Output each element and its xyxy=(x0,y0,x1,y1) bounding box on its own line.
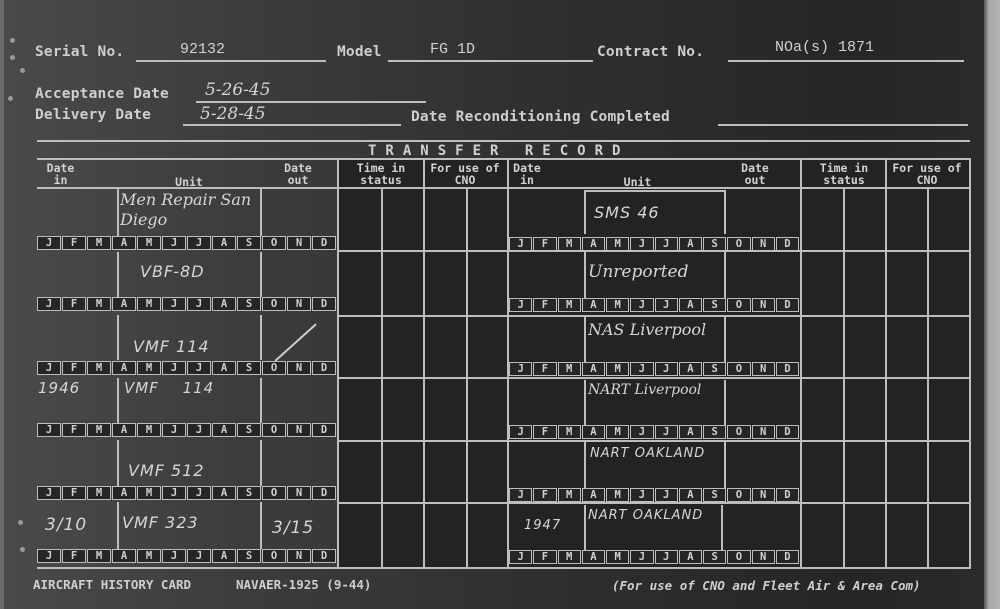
month-cell: N xyxy=(287,486,311,500)
month-cell: A xyxy=(112,361,136,375)
month-cell: F xyxy=(62,423,86,437)
month-cell: N xyxy=(287,549,311,563)
left-unit-4: VMF 114 xyxy=(124,379,214,397)
month-strip: JFMAMJJASOND xyxy=(509,488,800,502)
month-cell: A xyxy=(582,425,605,439)
cell-divider xyxy=(260,187,262,236)
reconditioning-rule xyxy=(718,124,968,126)
month-cell: S xyxy=(237,361,261,375)
month-cell: M xyxy=(606,237,629,251)
left-date-in-4: 1946 xyxy=(38,379,80,397)
month-cell: M xyxy=(137,486,161,500)
col-divider xyxy=(969,158,971,568)
header-date-in-left: Date in xyxy=(38,162,83,186)
punch-hole xyxy=(10,55,15,60)
month-cell: M xyxy=(606,425,629,439)
row-rule xyxy=(337,440,971,442)
cell-divider xyxy=(117,187,119,236)
month-cell: M xyxy=(606,362,629,376)
month-cell: A xyxy=(212,423,236,437)
acceptance-value: 5-26-45 xyxy=(205,80,271,100)
month-cell: F xyxy=(533,550,556,564)
month-cell: J xyxy=(162,549,186,563)
month-cell: F xyxy=(533,362,556,376)
month-cell: A xyxy=(112,486,136,500)
month-cell: D xyxy=(776,237,799,251)
cell-divider xyxy=(584,505,586,550)
cell-divider xyxy=(584,317,586,362)
month-cell: J xyxy=(37,549,61,563)
month-cell: J xyxy=(630,237,653,251)
month-cell: J xyxy=(630,550,653,564)
header-cno-right: For use of CNO xyxy=(886,162,968,186)
month-cell: S xyxy=(703,488,726,502)
month-cell: M xyxy=(87,236,111,250)
month-cell: F xyxy=(62,361,86,375)
month-strip: JFMAMJJASOND xyxy=(37,486,337,500)
month-cell: D xyxy=(776,425,799,439)
month-cell: M xyxy=(606,550,629,564)
form-number: NAVAER-1925 (9-44) xyxy=(236,577,371,592)
cell-divider xyxy=(721,505,723,550)
month-cell: J xyxy=(509,425,532,439)
month-cell: M xyxy=(558,425,581,439)
month-cell: A xyxy=(212,486,236,500)
month-cell: S xyxy=(703,550,726,564)
month-cell: A xyxy=(679,425,702,439)
col-divider xyxy=(423,158,425,568)
month-cell: F xyxy=(62,549,86,563)
col-divider xyxy=(885,158,887,568)
month-cell: J xyxy=(187,297,211,311)
cell-rule xyxy=(584,190,726,192)
pen-mark xyxy=(274,323,316,361)
month-cell: A xyxy=(212,549,236,563)
cell-divider xyxy=(117,315,119,360)
month-cell: O xyxy=(727,298,750,312)
month-cell: N xyxy=(752,550,775,564)
cell-divider xyxy=(724,317,726,362)
month-cell: M xyxy=(87,361,111,375)
cell-divider xyxy=(724,252,726,298)
month-cell: O xyxy=(727,362,750,376)
month-cell: A xyxy=(112,549,136,563)
row-rule xyxy=(337,377,971,379)
model-rule xyxy=(388,60,593,62)
usage-note: (For use of CNO and Fleet Air & Area Com… xyxy=(612,578,921,593)
cell-divider xyxy=(584,442,586,488)
month-cell: F xyxy=(533,425,556,439)
month-cell: M xyxy=(558,488,581,502)
cell-divider xyxy=(584,380,586,425)
month-cell: N xyxy=(287,423,311,437)
right-unit-3: NAS Liverpool xyxy=(588,320,718,340)
month-cell: S xyxy=(237,236,261,250)
month-cell: A xyxy=(582,298,605,312)
month-cell: J xyxy=(187,486,211,500)
month-cell: F xyxy=(533,298,556,312)
left-unit-1: Men Repair San Diego xyxy=(120,190,258,230)
month-cell: O xyxy=(727,237,750,251)
right-unit-2: Unreported xyxy=(588,262,688,282)
cell-divider xyxy=(584,252,586,298)
left-unit-6: VMF 323 xyxy=(122,513,199,532)
month-cell: J xyxy=(630,425,653,439)
cell-divider xyxy=(260,502,262,549)
contract-label: Contract No. xyxy=(597,44,704,60)
acceptance-label: Acceptance Date xyxy=(35,86,169,102)
month-cell: J xyxy=(655,488,678,502)
month-cell: A xyxy=(679,362,702,376)
header-date-out-left: Date out xyxy=(278,162,318,186)
month-cell: O xyxy=(262,236,286,250)
month-cell: M xyxy=(137,423,161,437)
cell-divider xyxy=(724,190,726,234)
month-cell: J xyxy=(630,488,653,502)
delivery-rule xyxy=(183,124,401,126)
month-strip: JFMAMJJASOND xyxy=(509,550,800,564)
month-cell: N xyxy=(752,488,775,502)
punch-hole xyxy=(18,520,23,525)
month-cell: N xyxy=(287,361,311,375)
month-cell: A xyxy=(212,297,236,311)
month-cell: A xyxy=(582,488,605,502)
month-cell: D xyxy=(312,423,336,437)
month-cell: J xyxy=(509,237,532,251)
month-cell: J xyxy=(655,237,678,251)
month-cell: M xyxy=(606,298,629,312)
cell-divider xyxy=(117,502,119,549)
month-cell: M xyxy=(137,236,161,250)
month-cell: J xyxy=(162,423,186,437)
month-strip: JFMAMJJASOND xyxy=(37,423,337,437)
month-cell: J xyxy=(162,236,186,250)
col-divider xyxy=(337,158,339,568)
month-cell: S xyxy=(237,549,261,563)
month-cell: S xyxy=(703,298,726,312)
month-strip: JFMAMJJASOND xyxy=(37,236,337,250)
cell-divider xyxy=(260,440,262,486)
reconditioning-label: Date Reconditioning Completed xyxy=(411,109,670,125)
month-cell: S xyxy=(237,486,261,500)
month-strip: JFMAMJJASOND xyxy=(509,298,800,312)
month-cell: S xyxy=(237,297,261,311)
month-cell: S xyxy=(703,425,726,439)
row-rule xyxy=(337,315,971,317)
month-cell: N xyxy=(287,236,311,250)
left-unit-5: VMF 512 xyxy=(128,461,205,480)
cell-divider xyxy=(260,315,262,360)
month-cell: N xyxy=(752,425,775,439)
month-strip: JFMAMJJASOND xyxy=(37,361,337,375)
month-cell: O xyxy=(727,425,750,439)
serial-label: Serial No. xyxy=(35,44,124,60)
cell-divider xyxy=(260,252,262,297)
month-cell: A xyxy=(112,236,136,250)
month-cell: O xyxy=(262,423,286,437)
serial-rule xyxy=(136,60,326,62)
month-cell: J xyxy=(187,361,211,375)
punch-hole xyxy=(10,38,15,43)
cell-divider xyxy=(260,378,262,423)
month-cell: J xyxy=(509,488,532,502)
month-cell: J xyxy=(187,423,211,437)
cell-divider xyxy=(117,378,119,423)
month-cell: J xyxy=(162,486,186,500)
month-cell: O xyxy=(262,361,286,375)
header-time-in-status-right: Time in status xyxy=(802,162,886,186)
month-cell: M xyxy=(558,237,581,251)
right-date-in-6: 1947 xyxy=(524,518,561,533)
form-title: AIRCRAFT HISTORY CARD xyxy=(33,577,191,592)
delivery-value: 5-28-45 xyxy=(200,104,266,124)
right-unit-5: NART OAKLAND xyxy=(590,443,710,464)
month-cell: M xyxy=(87,486,111,500)
month-cell: M xyxy=(87,423,111,437)
punch-hole xyxy=(8,96,13,101)
header-time-in-status-left: Time in status xyxy=(339,162,423,186)
month-cell: J xyxy=(509,362,532,376)
month-cell: J xyxy=(37,486,61,500)
month-cell: J xyxy=(655,550,678,564)
month-cell: D xyxy=(776,362,799,376)
table-bottom-rule xyxy=(37,567,971,569)
month-cell: M xyxy=(558,362,581,376)
cell-divider xyxy=(584,190,586,234)
month-cell: F xyxy=(62,486,86,500)
month-cell: A xyxy=(112,297,136,311)
row-rule xyxy=(337,502,971,504)
month-cell: F xyxy=(62,236,86,250)
month-cell: F xyxy=(533,237,556,251)
punch-hole xyxy=(20,547,25,552)
month-cell: M xyxy=(137,549,161,563)
month-cell: J xyxy=(162,297,186,311)
month-cell: M xyxy=(558,298,581,312)
month-cell: M xyxy=(87,297,111,311)
header-bottom-rule xyxy=(37,187,970,189)
left-date-out-6: 3/15 xyxy=(272,518,314,538)
month-cell: O xyxy=(262,486,286,500)
month-cell: A xyxy=(679,550,702,564)
month-cell: D xyxy=(312,549,336,563)
card-left-edge xyxy=(0,0,4,609)
month-cell: J xyxy=(655,298,678,312)
month-strip: JFMAMJJASOND xyxy=(37,549,337,563)
month-cell: D xyxy=(776,550,799,564)
month-cell: O xyxy=(262,549,286,563)
card-right-edge xyxy=(984,0,1000,609)
month-cell: J xyxy=(509,298,532,312)
month-cell: M xyxy=(606,488,629,502)
month-cell: S xyxy=(703,237,726,251)
table-top-rule xyxy=(37,140,970,142)
header-date-in-right: Date in xyxy=(509,162,545,186)
month-cell: J xyxy=(37,361,61,375)
month-cell: J xyxy=(37,423,61,437)
header-date-out-right: Date out xyxy=(735,162,775,186)
month-cell: N xyxy=(752,298,775,312)
delivery-label: Delivery Date xyxy=(35,107,151,123)
month-cell: A xyxy=(582,550,605,564)
month-cell: D xyxy=(312,297,336,311)
month-cell: A xyxy=(679,237,702,251)
month-cell: A xyxy=(212,361,236,375)
month-cell: D xyxy=(312,236,336,250)
month-cell: J xyxy=(509,550,532,564)
cell-divider xyxy=(724,442,726,488)
month-cell: J xyxy=(187,236,211,250)
month-cell: S xyxy=(237,423,261,437)
month-cell: D xyxy=(776,488,799,502)
model-value: FG 1D xyxy=(430,41,475,58)
month-cell: F xyxy=(62,297,86,311)
cell-divider xyxy=(724,380,726,425)
month-strip: JFMAMJJASOND xyxy=(509,425,800,439)
month-cell: N xyxy=(287,297,311,311)
month-cell: J xyxy=(655,362,678,376)
month-cell: F xyxy=(533,488,556,502)
month-cell: A xyxy=(582,237,605,251)
month-cell: J xyxy=(187,549,211,563)
month-cell: O xyxy=(727,550,750,564)
month-cell: A xyxy=(582,362,605,376)
punch-hole xyxy=(20,68,25,73)
month-cell: S xyxy=(703,362,726,376)
month-cell: A xyxy=(679,298,702,312)
month-cell: O xyxy=(262,297,286,311)
month-cell: O xyxy=(727,488,750,502)
month-cell: J xyxy=(630,362,653,376)
contract-rule xyxy=(728,60,964,62)
header-cno-left: For use of CNO xyxy=(424,162,506,186)
month-cell: N xyxy=(752,237,775,251)
contract-value: NOa(s) 1871 xyxy=(775,39,874,56)
month-cell: D xyxy=(776,298,799,312)
transfer-record-title: TRANSFER RECORD xyxy=(368,143,629,159)
month-cell: M xyxy=(137,297,161,311)
month-cell: N xyxy=(752,362,775,376)
serial-value: 92132 xyxy=(180,41,225,58)
month-cell: J xyxy=(162,361,186,375)
col-divider xyxy=(800,158,802,568)
left-date-in-6: 3/10 xyxy=(45,515,87,535)
month-cell: J xyxy=(37,236,61,250)
month-cell: M xyxy=(558,550,581,564)
model-label: Model xyxy=(337,44,382,60)
month-cell: J xyxy=(37,297,61,311)
month-cell: M xyxy=(137,361,161,375)
month-cell: D xyxy=(312,486,336,500)
month-strip: JFMAMJJASOND xyxy=(37,297,337,311)
right-unit-1: SMS 46 xyxy=(594,203,660,222)
month-strip: JFMAMJJASOND xyxy=(509,362,800,376)
left-unit-2: VBF-8D xyxy=(140,262,205,281)
month-cell: A xyxy=(212,236,236,250)
cell-divider xyxy=(117,252,119,297)
month-cell: J xyxy=(655,425,678,439)
month-cell: J xyxy=(630,298,653,312)
month-cell: A xyxy=(112,423,136,437)
month-strip: JFMAMJJASOND xyxy=(509,237,800,251)
right-unit-6: NART OAKLAND xyxy=(588,507,708,524)
month-cell: D xyxy=(312,361,336,375)
month-cell: A xyxy=(679,488,702,502)
acceptance-rule xyxy=(196,101,426,103)
left-unit-3: VMF 114 xyxy=(133,337,210,356)
right-unit-4: NART Liverpool xyxy=(588,380,718,400)
month-cell: M xyxy=(87,549,111,563)
cell-divider xyxy=(117,440,119,486)
